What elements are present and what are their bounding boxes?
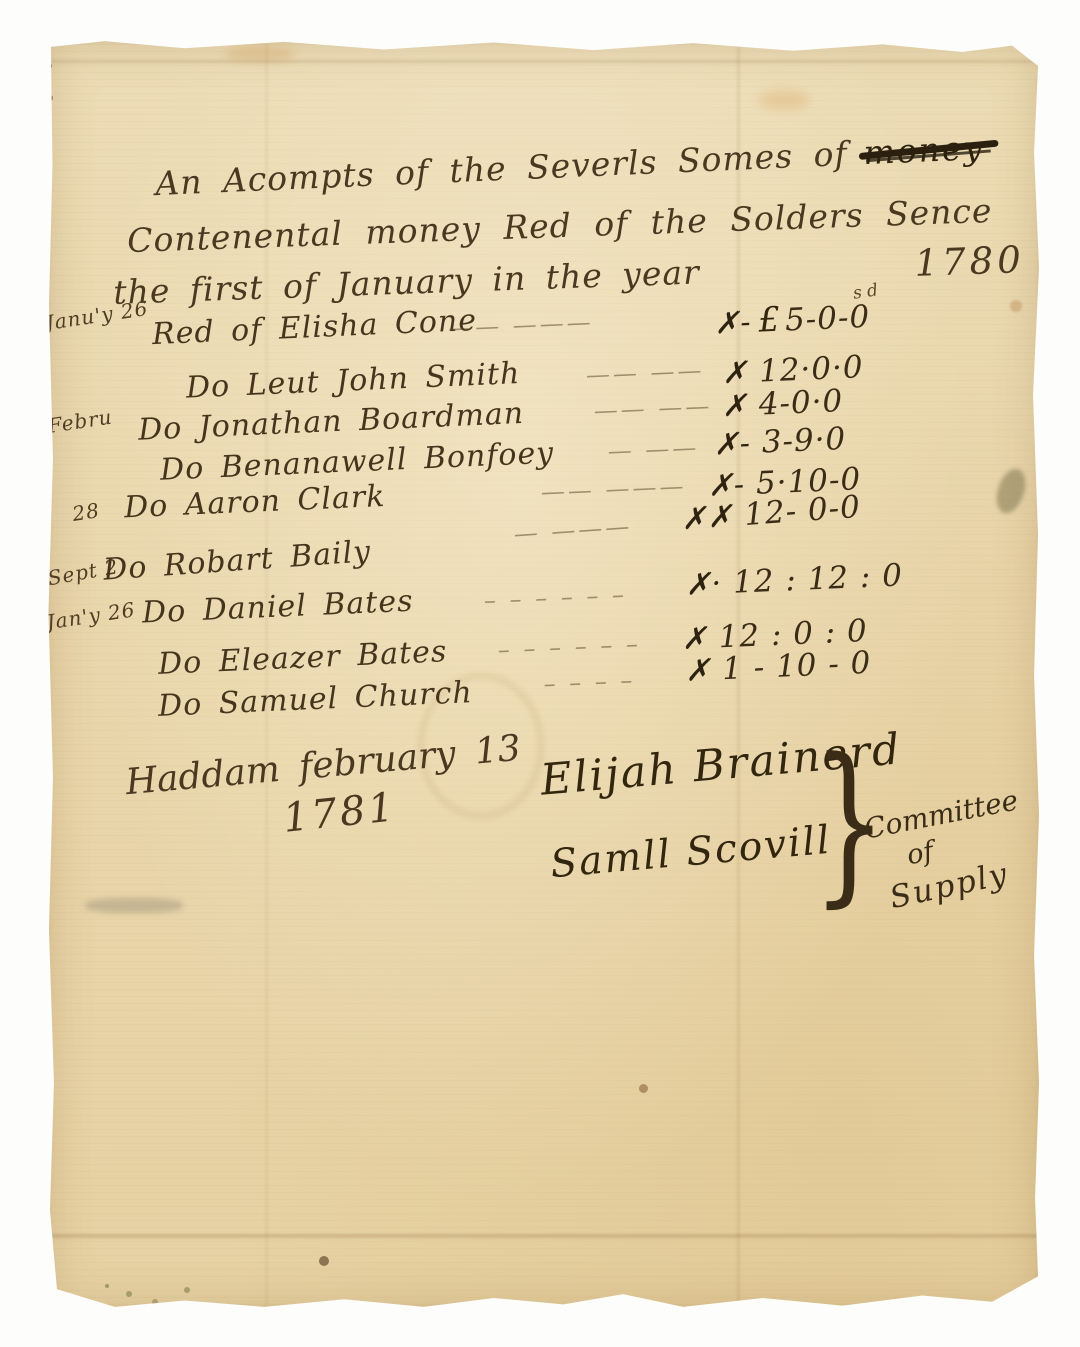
entry-date-margin: Janu'y 26 [44,296,150,335]
fold-crease-horizontal-bottom [45,1234,1042,1238]
entry-date-margin: Febru [46,405,114,438]
entry-amount: ✗-3-9·0 [713,418,847,464]
leader-dashes: – – – – – – [497,630,641,664]
cross-mark: ✗ [721,388,749,424]
leader-dashes: — —— [607,433,700,465]
amount-value: 1 - 10 - 0 [721,645,872,687]
entry-name: Red of Elisha Cone [151,303,477,352]
leader-dashes: — ——— [513,512,633,548]
dark-dot-bottom-left [319,1256,329,1266]
currency-symbol [739,494,742,534]
currency-symbol [754,384,756,424]
currency-symbol [728,562,730,602]
entry-name: Do Samuel Church [157,675,473,724]
stain-top [225,46,295,62]
amount-value: 12 : 12 : 0 [732,557,903,600]
header-line-3-text: the first of January in the year [113,252,701,311]
amount-value: 4-0·0 [758,383,844,423]
signature-samll-scovill: Samll Scovill [549,818,834,887]
currency-symbol [757,422,759,462]
entry-name: Do Robart Baily [102,534,372,588]
leader-dashes: —— —— [585,356,705,389]
smudge-right-edge [992,465,1031,517]
leader-dashes: – – – – [543,666,636,698]
entry-amount: ✗-£5-0-0 [713,296,871,343]
entry-amount: ✗1 - 10 - 0 [684,642,872,690]
committee-label-line-3: Supply [887,856,1012,916]
leader-dashes: —— —— [593,392,713,425]
leader-dashes: —— ——— [540,472,687,506]
cross-mark: ✗· [685,566,723,603]
amount-value: 3-9·0 [761,421,847,461]
entry-amount: ✗·12 : 12 : 0 [685,554,904,603]
speck-cluster-bottom-left [105,1284,109,1288]
leader-dashes: —— ——— [448,308,595,342]
dark-dot-bottom-right [955,1316,967,1326]
cross-mark: ✗ [684,653,712,689]
entry-amount: ✗✗12- 0-0 [680,486,862,538]
currency-symbol: £ [758,300,782,341]
entry-date-margin: 28 [71,498,102,526]
ink-speck-cluster-left-edge [45,52,49,56]
footer-year: 1781 [281,784,399,842]
cross-mark: ✗- [713,305,752,342]
scanned-document-page: An Acompts of the Severls Somes ofmoney … [0,0,1080,1347]
entry-date-margin: Jan'y 26 [45,597,137,634]
currency-symbol [717,648,719,688]
committee-label-line-2: of [904,836,936,871]
cross-mark: ✗✗ [680,499,735,538]
entry-name: Do Daniel Bates [141,584,414,631]
stain-top-right [758,90,810,110]
struck-out-word: money [863,128,985,172]
header-year: 1780 [914,238,1026,285]
cross-mark: ✗- [713,426,752,463]
header-line-1-text: An Acompts of the Severls Somes of [155,134,849,203]
paper-sheet: An Acompts of the Severls Somes ofmoney … [45,38,1042,1312]
entry-name: Do Eleazer Bates [157,634,448,682]
fold-crease-horizontal-top [45,60,1042,63]
pencil-smudge-left [85,898,183,913]
amount-value: 5-0-0 [784,299,871,339]
foxing-dot-right [1010,300,1022,312]
amount-value: 12- 0-0 [743,489,862,533]
brown-dot-center [639,1084,648,1093]
leader-dashes: – – – – – – [483,580,627,614]
header-line-1: An Acompts of the Severls Somes ofmoney [155,128,985,203]
